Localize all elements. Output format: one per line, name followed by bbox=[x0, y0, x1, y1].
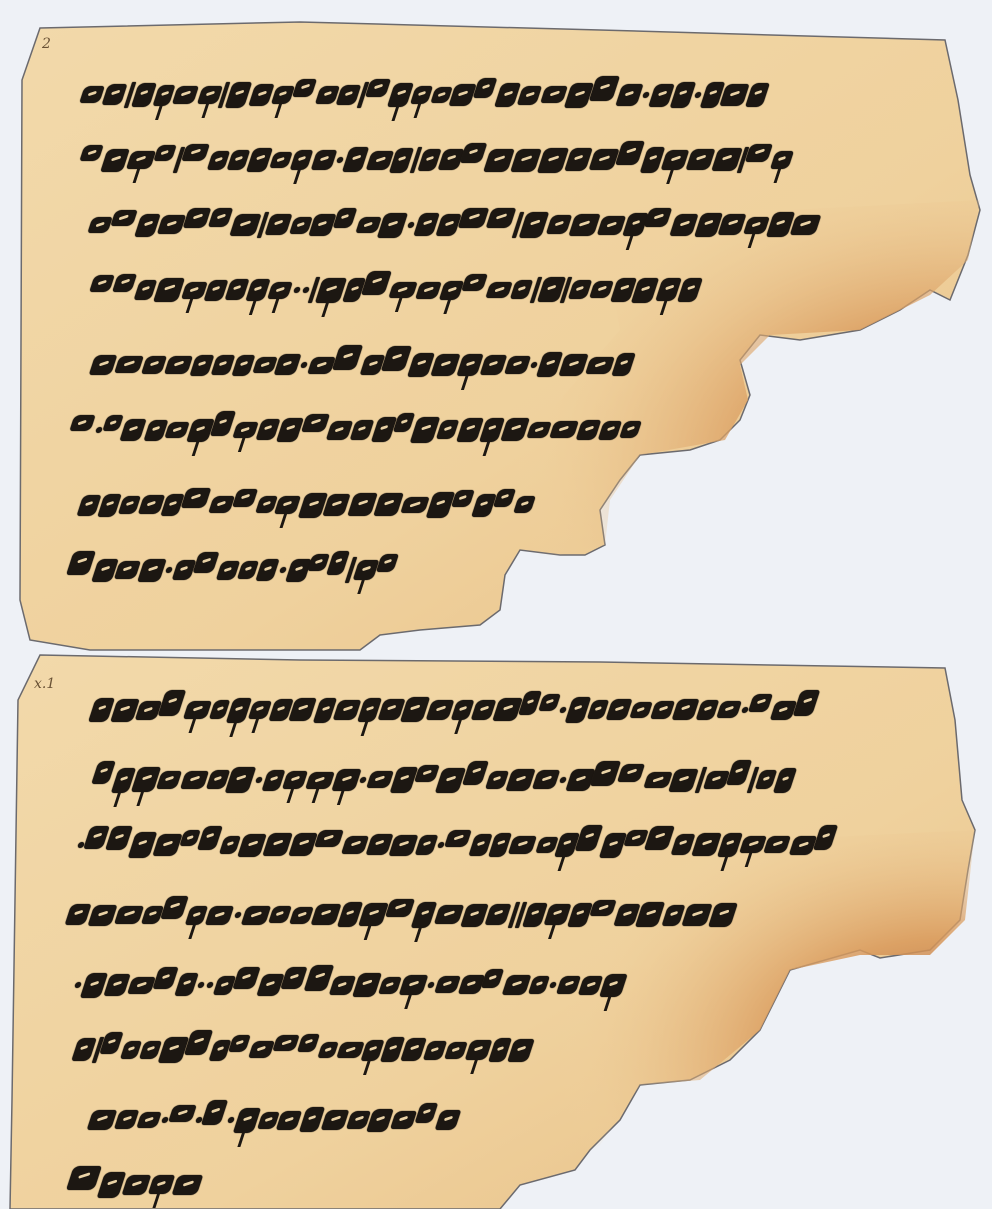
script-glyph bbox=[317, 1042, 338, 1058]
script-glyph bbox=[532, 770, 560, 789]
script-glyph bbox=[288, 833, 318, 856]
script-glyph bbox=[540, 86, 567, 103]
script-glyph bbox=[518, 691, 541, 715]
script-glyph bbox=[436, 420, 460, 439]
script-line bbox=[78, 825, 958, 865]
script-glyph bbox=[152, 967, 178, 989]
script-glyph bbox=[285, 559, 311, 582]
script-glyph bbox=[311, 904, 341, 925]
script-glyph bbox=[460, 143, 487, 163]
script-glyph bbox=[556, 976, 581, 994]
script-glyph bbox=[276, 418, 304, 442]
script-glyph bbox=[650, 701, 675, 719]
script-glyph bbox=[183, 701, 212, 719]
script-glyph bbox=[434, 976, 460, 993]
script-glyph bbox=[696, 700, 720, 720]
script-glyph bbox=[307, 357, 336, 374]
script-glyph bbox=[341, 836, 369, 854]
script-glyph bbox=[568, 280, 592, 299]
script-glyph bbox=[565, 697, 591, 723]
script-glyph bbox=[425, 492, 454, 518]
script-glyph bbox=[289, 217, 312, 234]
script-glyph bbox=[314, 830, 343, 847]
script-glyph bbox=[87, 217, 112, 233]
script-glyph bbox=[568, 214, 600, 236]
script-glyph bbox=[331, 769, 361, 791]
script-glyph bbox=[110, 210, 137, 226]
script-glyph bbox=[66, 551, 96, 575]
script-glyph bbox=[274, 496, 301, 514]
script-glyph bbox=[252, 357, 277, 373]
script-glyph bbox=[434, 905, 465, 924]
script-line bbox=[92, 345, 742, 385]
script-glyph bbox=[165, 567, 173, 573]
script-glyph bbox=[321, 1110, 349, 1130]
script-glyph bbox=[87, 1110, 117, 1130]
script-glyph bbox=[141, 906, 163, 924]
script-line bbox=[95, 760, 955, 800]
script-glyph bbox=[315, 278, 347, 303]
script-glyph bbox=[219, 836, 241, 854]
script-glyph bbox=[355, 217, 381, 233]
script-glyph bbox=[232, 967, 260, 989]
script-glyph bbox=[226, 698, 252, 723]
script-glyph bbox=[172, 1175, 204, 1195]
script-glyph bbox=[399, 975, 428, 995]
script-glyph bbox=[184, 1030, 214, 1055]
script-glyph bbox=[100, 149, 130, 172]
script-glyph bbox=[373, 493, 404, 516]
script-glyph bbox=[336, 1042, 364, 1058]
script-glyph bbox=[510, 149, 541, 172]
script-glyph bbox=[669, 214, 698, 236]
script-glyph bbox=[114, 906, 144, 924]
script-line bbox=[70, 550, 500, 590]
script-glyph bbox=[502, 975, 531, 995]
script-glyph bbox=[509, 836, 538, 854]
script-glyph bbox=[315, 86, 339, 104]
script-glyph bbox=[230, 214, 262, 236]
script-glyph bbox=[483, 149, 514, 172]
script-glyph bbox=[643, 772, 672, 788]
script-glyph bbox=[232, 489, 258, 507]
script-glyph bbox=[181, 488, 211, 508]
script-glyph bbox=[138, 559, 167, 582]
script-glyph bbox=[410, 86, 433, 104]
script-glyph bbox=[743, 217, 769, 234]
script-glyph bbox=[326, 551, 350, 575]
script-glyph bbox=[790, 215, 822, 235]
script-glyph bbox=[770, 151, 794, 169]
script-glyph bbox=[444, 830, 472, 847]
script-glyph bbox=[208, 496, 235, 513]
script-glyph bbox=[289, 907, 314, 924]
script-glyph bbox=[158, 1037, 189, 1063]
script-glyph bbox=[538, 694, 560, 711]
script-glyph bbox=[156, 771, 182, 789]
script-glyph bbox=[589, 76, 620, 101]
script-glyph bbox=[387, 83, 414, 107]
script-glyph bbox=[611, 353, 636, 376]
script-glyph bbox=[303, 965, 333, 991]
script-glyph bbox=[709, 903, 739, 927]
script-glyph bbox=[153, 278, 185, 302]
script-glyph bbox=[248, 1041, 274, 1058]
script-glyph bbox=[465, 1040, 493, 1060]
script-glyph bbox=[644, 208, 673, 227]
script-glyph bbox=[120, 419, 147, 441]
script-glyph bbox=[201, 1100, 228, 1125]
script-glyph bbox=[323, 494, 351, 516]
script-line bbox=[92, 690, 952, 730]
script-glyph bbox=[407, 222, 415, 228]
script-glyph bbox=[74, 982, 82, 988]
script-glyph bbox=[773, 768, 797, 793]
script-glyph bbox=[300, 362, 308, 368]
script-glyph bbox=[411, 902, 438, 928]
script-glyph bbox=[510, 280, 534, 299]
script-glyph bbox=[493, 489, 516, 507]
script-glyph bbox=[430, 354, 460, 376]
script-glyph bbox=[118, 496, 140, 514]
script-glyph bbox=[390, 1111, 417, 1129]
script-glyph bbox=[232, 422, 258, 438]
script-glyph bbox=[91, 761, 115, 784]
script-glyph bbox=[120, 1041, 142, 1059]
script-glyph bbox=[423, 1041, 447, 1060]
script-glyph bbox=[208, 208, 233, 227]
script-glyph bbox=[234, 912, 242, 918]
script-line bbox=[80, 485, 600, 525]
script-glyph bbox=[290, 150, 314, 170]
script-glyph bbox=[389, 835, 419, 856]
script-glyph bbox=[535, 837, 558, 853]
script-glyph bbox=[361, 271, 392, 295]
script-glyph bbox=[439, 281, 464, 300]
script-glyph bbox=[585, 357, 614, 374]
script-glyph bbox=[179, 830, 200, 846]
script-glyph bbox=[726, 760, 752, 785]
script-glyph bbox=[617, 764, 645, 782]
script-glyph bbox=[400, 497, 429, 513]
script-glyph bbox=[366, 771, 393, 788]
script-glyph bbox=[661, 150, 689, 170]
script-glyph bbox=[558, 354, 588, 376]
script-glyph bbox=[333, 208, 358, 228]
script-glyph bbox=[644, 826, 675, 850]
script-glyph bbox=[173, 86, 200, 104]
script-glyph bbox=[241, 906, 272, 925]
script-glyph bbox=[493, 698, 523, 721]
script-glyph bbox=[95, 427, 103, 433]
script-glyph bbox=[458, 975, 485, 994]
script-glyph bbox=[748, 694, 773, 712]
script-glyph bbox=[66, 1166, 102, 1190]
script-glyph bbox=[310, 150, 337, 170]
script-glyph bbox=[301, 414, 330, 432]
script-glyph bbox=[598, 421, 622, 440]
script-glyph bbox=[530, 362, 538, 368]
script-glyph bbox=[264, 214, 292, 235]
script-glyph bbox=[333, 700, 361, 720]
script-glyph bbox=[567, 903, 593, 927]
script-glyph bbox=[307, 554, 330, 571]
script-line bbox=[90, 1100, 560, 1140]
script-glyph bbox=[197, 826, 222, 850]
script-glyph bbox=[513, 496, 536, 513]
script-glyph bbox=[359, 777, 367, 783]
script-glyph bbox=[233, 1108, 261, 1133]
script-glyph bbox=[764, 836, 792, 853]
script-glyph bbox=[216, 561, 240, 580]
script-glyph bbox=[261, 770, 285, 791]
script-glyph bbox=[89, 275, 114, 292]
script-glyph bbox=[485, 904, 512, 925]
script-glyph bbox=[543, 904, 571, 925]
script-glyph bbox=[257, 1112, 279, 1129]
script-glyph bbox=[430, 87, 452, 103]
script-line bbox=[75, 965, 775, 1005]
script-line bbox=[90, 205, 970, 245]
script-glyph bbox=[126, 151, 156, 169]
script-glyph bbox=[225, 767, 257, 793]
upper-folio-mark: 2 bbox=[42, 36, 51, 52]
script-glyph bbox=[703, 771, 730, 789]
script-glyph bbox=[415, 282, 442, 299]
script-glyph bbox=[69, 415, 95, 431]
script-glyph bbox=[114, 356, 144, 373]
script-line bbox=[75, 1030, 635, 1070]
script-glyph bbox=[606, 699, 633, 720]
script-glyph bbox=[481, 969, 505, 988]
script-glyph bbox=[718, 214, 747, 235]
script-glyph bbox=[206, 982, 214, 988]
script-glyph bbox=[526, 422, 552, 438]
script-glyph bbox=[410, 417, 441, 443]
script-glyph bbox=[268, 282, 294, 299]
script-glyph bbox=[694, 92, 702, 98]
script-glyph bbox=[153, 145, 176, 161]
script-glyph bbox=[114, 561, 141, 579]
script-glyph bbox=[378, 977, 402, 994]
script-glyph bbox=[599, 974, 627, 997]
script-glyph bbox=[326, 421, 353, 440]
script-glyph bbox=[480, 355, 507, 375]
script-line bbox=[92, 270, 882, 310]
script-glyph bbox=[381, 346, 412, 371]
script-glyph bbox=[589, 900, 616, 916]
script-glyph bbox=[227, 1117, 235, 1123]
script-glyph bbox=[549, 421, 578, 438]
script-glyph bbox=[104, 974, 131, 996]
script-glyph bbox=[102, 84, 128, 105]
script-glyph bbox=[377, 554, 399, 572]
script-line bbox=[72, 410, 737, 450]
script-glyph bbox=[87, 905, 117, 926]
script-glyph bbox=[197, 86, 223, 104]
script-glyph bbox=[181, 144, 210, 161]
script-glyph bbox=[137, 495, 164, 514]
script-line bbox=[82, 140, 962, 180]
script-glyph bbox=[577, 976, 602, 995]
script-glyph bbox=[152, 834, 183, 856]
script-glyph bbox=[336, 85, 361, 105]
script-glyph bbox=[100, 1032, 124, 1054]
script-glyph bbox=[89, 355, 118, 375]
script-glyph bbox=[79, 86, 105, 103]
manuscript-photo: 2 x.1 bbox=[0, 0, 992, 1209]
script-glyph bbox=[717, 833, 742, 857]
script-glyph bbox=[716, 701, 742, 718]
script-glyph bbox=[642, 92, 650, 98]
script-glyph bbox=[248, 701, 271, 719]
script-glyph bbox=[228, 1035, 250, 1052]
script-glyph bbox=[181, 282, 207, 299]
script-glyph bbox=[279, 567, 287, 573]
script-glyph bbox=[205, 906, 235, 925]
script-glyph bbox=[504, 356, 531, 374]
script-glyph bbox=[392, 413, 414, 432]
script-glyph bbox=[174, 973, 199, 996]
script-glyph bbox=[143, 420, 167, 441]
lower-folio-mark: x.1 bbox=[34, 676, 55, 692]
script-glyph bbox=[122, 1175, 151, 1195]
script-glyph bbox=[588, 149, 619, 170]
script-glyph bbox=[161, 1117, 169, 1123]
script-glyph bbox=[281, 967, 308, 989]
script-glyph bbox=[486, 208, 516, 228]
script-line bbox=[82, 75, 962, 115]
script-glyph bbox=[435, 768, 466, 793]
script-glyph bbox=[79, 145, 103, 161]
script-glyph bbox=[549, 982, 557, 988]
script-glyph bbox=[158, 690, 187, 716]
script-glyph bbox=[112, 274, 137, 292]
script-glyph bbox=[519, 212, 550, 238]
script-glyph bbox=[597, 216, 626, 235]
script-glyph bbox=[127, 977, 156, 994]
script-glyph bbox=[559, 777, 567, 783]
script-glyph bbox=[105, 826, 133, 850]
script-glyph bbox=[256, 559, 281, 581]
script-glyph bbox=[385, 899, 415, 917]
script-glyph bbox=[615, 84, 643, 106]
script-glyph bbox=[271, 86, 295, 104]
script-glyph bbox=[444, 1042, 467, 1059]
script-glyph bbox=[590, 761, 621, 786]
script-glyph bbox=[270, 152, 293, 168]
script-glyph bbox=[434, 1110, 460, 1130]
script-glyph bbox=[210, 411, 236, 436]
script-glyph bbox=[114, 1110, 140, 1129]
script-glyph bbox=[528, 976, 550, 994]
script-glyph bbox=[559, 707, 567, 713]
script-glyph bbox=[272, 1035, 299, 1051]
script-glyph bbox=[183, 208, 212, 228]
script-glyph bbox=[148, 1175, 175, 1194]
script-glyph bbox=[545, 215, 572, 234]
script-glyph bbox=[462, 761, 489, 785]
script-glyph bbox=[500, 418, 530, 441]
script-glyph bbox=[415, 835, 438, 855]
script-glyph bbox=[305, 772, 334, 789]
script-glyph bbox=[137, 1112, 162, 1128]
fragment-outlines bbox=[0, 0, 992, 1209]
script-glyph bbox=[388, 282, 417, 298]
script-glyph bbox=[160, 896, 189, 919]
script-glyph bbox=[350, 420, 375, 440]
script-glyph bbox=[165, 356, 193, 374]
script-glyph bbox=[745, 144, 773, 162]
script-line bbox=[70, 1165, 220, 1205]
script-glyph bbox=[180, 771, 209, 789]
script-glyph bbox=[302, 287, 310, 293]
script-glyph bbox=[615, 141, 645, 165]
script-glyph bbox=[677, 278, 703, 302]
script-glyph bbox=[246, 148, 273, 172]
script-glyph bbox=[414, 1103, 437, 1123]
script-glyph bbox=[414, 765, 439, 782]
script-glyph bbox=[685, 149, 715, 170]
script-glyph bbox=[134, 214, 160, 237]
script-glyph bbox=[282, 771, 308, 789]
script-glyph bbox=[813, 825, 839, 850]
script-glyph bbox=[211, 355, 235, 375]
script-glyph bbox=[366, 151, 394, 170]
script-glyph bbox=[630, 702, 653, 718]
script-glyph bbox=[332, 345, 364, 370]
script-glyph bbox=[193, 552, 220, 573]
script-glyph bbox=[427, 982, 435, 988]
script-glyph bbox=[770, 701, 797, 720]
script-glyph bbox=[139, 1041, 162, 1059]
script-glyph bbox=[575, 825, 604, 851]
script-glyph bbox=[739, 836, 766, 853]
script-glyph bbox=[186, 419, 215, 442]
script-glyph bbox=[165, 422, 190, 438]
script-glyph bbox=[329, 976, 356, 995]
script-glyph bbox=[589, 281, 613, 298]
script-glyph bbox=[342, 147, 370, 172]
script-glyph bbox=[274, 354, 302, 375]
script-glyph bbox=[346, 1111, 371, 1129]
script-glyph bbox=[619, 421, 642, 438]
script-glyph bbox=[353, 973, 382, 997]
script-glyph bbox=[141, 356, 167, 374]
script-glyph bbox=[461, 274, 488, 291]
script-glyph bbox=[197, 982, 205, 988]
script-glyph bbox=[517, 86, 542, 105]
script-glyph bbox=[135, 701, 162, 720]
script-glyph bbox=[451, 490, 474, 507]
script-glyph bbox=[377, 213, 408, 238]
script-glyph bbox=[134, 280, 157, 300]
script-glyph bbox=[268, 906, 292, 923]
script-glyph bbox=[359, 355, 385, 375]
script-glyph bbox=[426, 700, 454, 720]
script-glyph bbox=[276, 1111, 302, 1130]
script-glyph bbox=[102, 415, 123, 431]
script-glyph bbox=[788, 836, 816, 855]
script-glyph bbox=[564, 83, 594, 108]
script-glyph bbox=[130, 767, 160, 792]
script-glyph bbox=[336, 157, 344, 163]
script-glyph bbox=[505, 769, 535, 791]
script-glyph bbox=[156, 215, 186, 234]
script-glyph bbox=[458, 208, 490, 228]
script-glyph bbox=[793, 690, 820, 716]
script-glyph bbox=[255, 777, 263, 783]
